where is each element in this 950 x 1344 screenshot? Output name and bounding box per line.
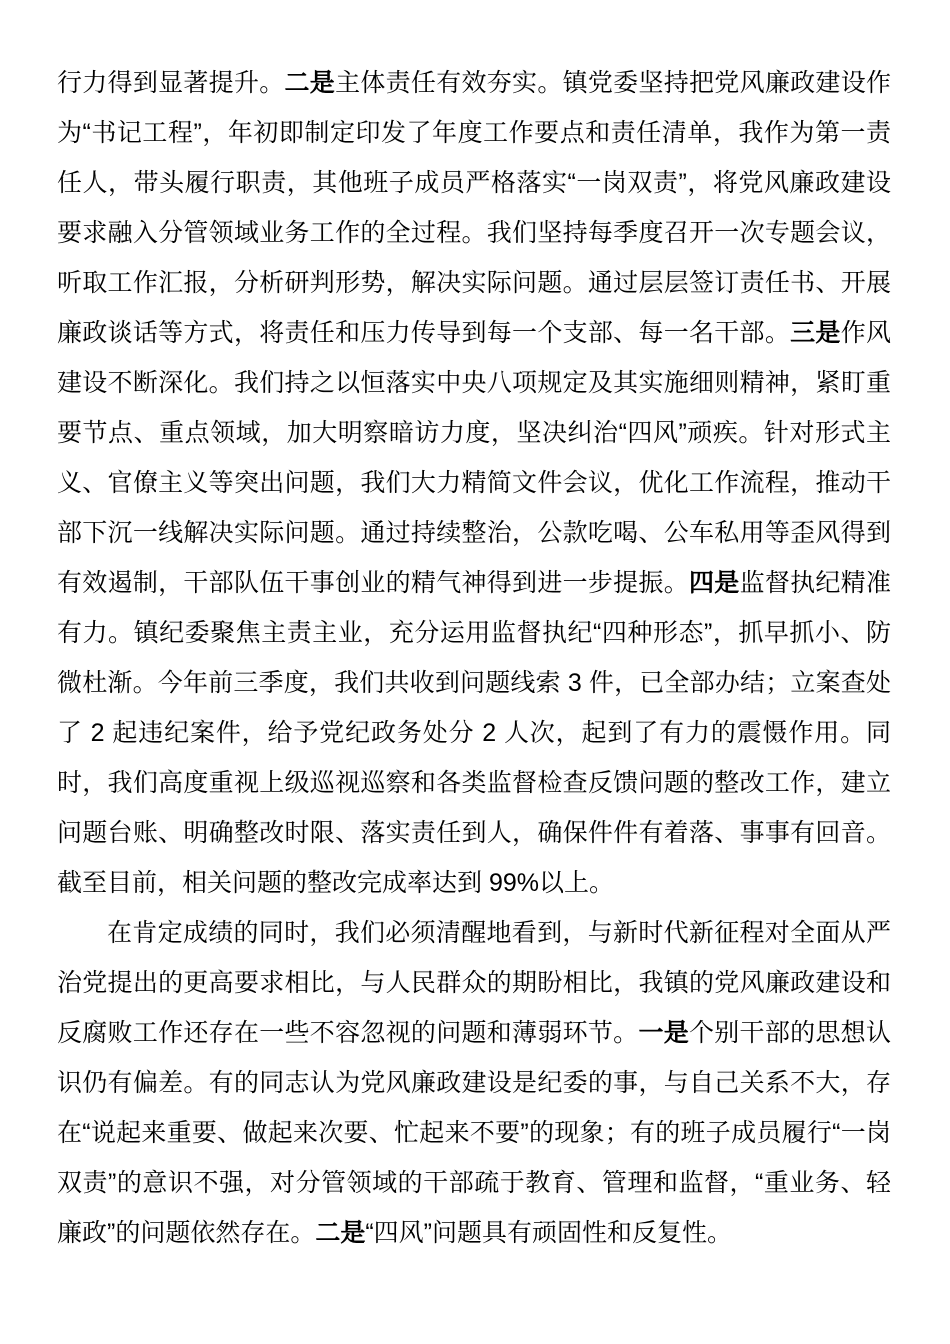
document-page: 行力得到显著提升。二是主体责任有效夯实。镇党委坚持把党风廉政建设作为“书记工程”… bbox=[0, 0, 950, 1344]
document-body: 行力得到显著提升。二是主体责任有效夯实。镇党委坚持把党风廉政建设作为“书记工程”… bbox=[57, 58, 891, 1258]
bold-text-run: 三是 bbox=[790, 319, 841, 347]
text-run: 作风建设不断深化。我们持之以恒落实中央八项规定及其实施细则精神，紧盯重要节点、重… bbox=[57, 319, 891, 597]
text-run: “四风”问题具有顽固性和反复性。 bbox=[365, 1219, 732, 1247]
paragraph: 行力得到显著提升。二是主体责任有效夯实。镇党委坚持把党风廉政建设作为“书记工程”… bbox=[57, 58, 891, 908]
text-run: 主体责任有效夯实。镇党委坚持把党风廉政建设作为“书记工程”，年初即制定印发了年度… bbox=[57, 69, 891, 347]
paragraph: 在肯定成绩的同时，我们必须清醒地看到，与新时代新征程对全面从严治党提出的更高要求… bbox=[57, 908, 891, 1258]
bold-text-run: 二是 bbox=[285, 69, 336, 97]
text-run: 个别干部的思想认识仍有偏差。有的同志认为党风廉政建设是纪委的事，与自己关系不大，… bbox=[57, 1019, 891, 1247]
bold-text-run: 一是 bbox=[638, 1019, 689, 1047]
text-run: 监督执纪精准有力。镇纪委聚焦主责主业，充分运用监督执纪“四种形态”，抓早抓小、防… bbox=[57, 569, 891, 897]
bold-text-run: 四是 bbox=[689, 569, 740, 597]
bold-text-run: 二是 bbox=[315, 1219, 365, 1247]
text-run: 行力得到显著提升。 bbox=[57, 69, 285, 97]
